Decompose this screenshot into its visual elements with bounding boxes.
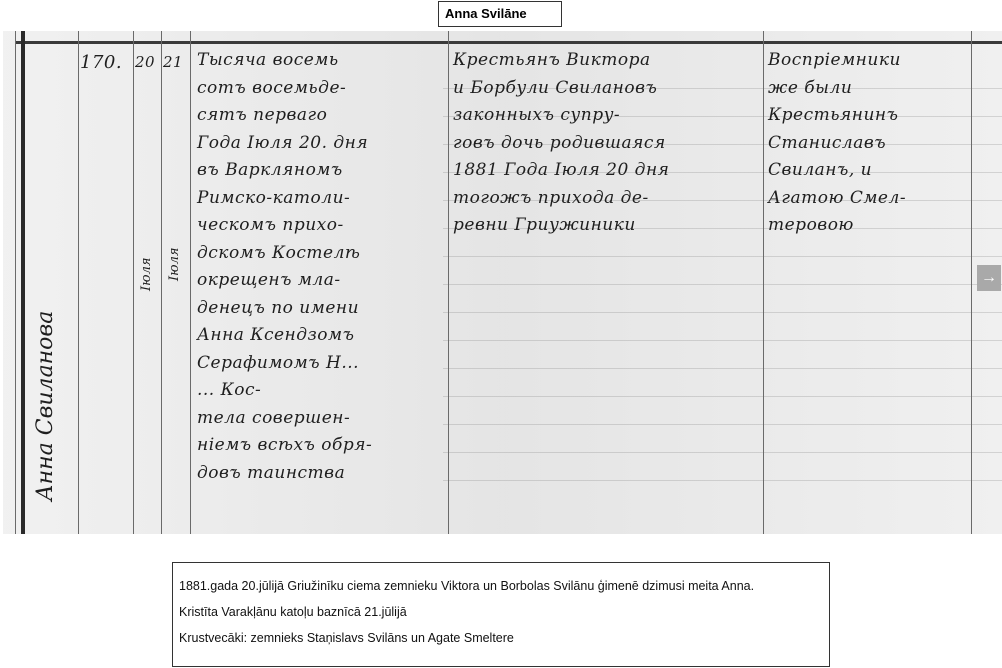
baptism-month: Іюля xyxy=(167,248,182,281)
caption-birth-line: 1881.gada 20.jūlijā Griužinīku ciema zem… xyxy=(179,579,829,593)
record-title: Anna Svilāne xyxy=(438,1,562,27)
record-text-line: Римско-католи- xyxy=(197,185,372,213)
godparents-text-line: Агатою Смел- xyxy=(768,185,906,213)
caption-baptism-line: Kristīta Varakļānu katoļu baznīcā 21.jūl… xyxy=(179,605,829,619)
parents-text: Крестьянъ Виктораи Борбули Свилановъзако… xyxy=(453,47,669,240)
record-text-line: Серафимомъ Н... xyxy=(197,350,372,378)
next-arrow-icon[interactable]: → xyxy=(977,265,1001,291)
godparents-text-line: Воспріемники xyxy=(768,47,906,75)
column-divider xyxy=(448,31,449,534)
entry-number: 170. xyxy=(80,49,122,77)
godparents-text-line: Свиланъ, и xyxy=(768,157,906,185)
record-text-line: тела совершен- xyxy=(197,405,372,433)
record-text-line: ческомъ прихо- xyxy=(197,212,372,240)
parents-text-line: тогожъ прихода де- xyxy=(453,185,669,213)
column-divider xyxy=(763,31,764,534)
record-text-line: Анна Ксендзомъ xyxy=(197,322,372,350)
record-text-line: денецъ по имени xyxy=(197,295,372,323)
godparents-text-line: теровою xyxy=(768,212,906,240)
parents-text-line: 1881 Года Іюля 20 дня xyxy=(453,157,669,185)
record-text-line: сятъ перваго xyxy=(197,102,372,130)
record-text-line: дскомъ Костелѣ xyxy=(197,240,372,268)
transcription-caption: 1881.gada 20.jūlijā Griužinīku ciema zem… xyxy=(172,562,830,667)
column-divider xyxy=(78,31,79,534)
record-text-line: Тысяча восемь xyxy=(197,47,372,75)
baptism-day: 21 xyxy=(163,49,183,77)
record-text-line: Года Іюля 20. дня xyxy=(197,130,372,158)
table-top-rule xyxy=(15,41,1002,44)
parents-text-line: законныхъ супру- xyxy=(453,102,669,130)
column-divider-thick xyxy=(21,31,25,534)
record-text-line: ... Кос- xyxy=(197,377,372,405)
caption-godparents-line: Krustvecāki: zemnieks Staņislavs Svilāns… xyxy=(179,631,829,645)
record-text: Тысяча восемьсотъ восемьде-сятъ первагоГ… xyxy=(197,47,372,487)
column-divider xyxy=(15,31,16,534)
column-divider xyxy=(133,31,134,534)
column-divider xyxy=(161,31,162,534)
column-divider xyxy=(971,31,972,534)
record-text-line: довъ таинства xyxy=(197,460,372,488)
record-text-line: сотъ восемьде- xyxy=(197,75,372,103)
parents-text-line: ревни Гриужиники xyxy=(453,212,669,240)
register-scan-image: Анна Свиланова 170. 20 21 Іюля Іюля Тыся… xyxy=(3,31,1002,534)
birth-day: 20 xyxy=(135,49,155,77)
child-name-vertical: Анна Свиланова xyxy=(33,311,58,501)
column-divider xyxy=(190,31,191,534)
parents-text-line: Крестьянъ Виктора xyxy=(453,47,669,75)
parents-text-line: говъ дочь родившаяся xyxy=(453,130,669,158)
record-text-line: окрещенъ мла- xyxy=(197,267,372,295)
birth-month: Іюля xyxy=(139,258,154,291)
godparents-text-line: же были xyxy=(768,75,906,103)
godparents-text: Воспріемникиже былиКрестьянинъСтаниславъ… xyxy=(768,47,906,240)
parents-text-line: и Борбули Свилановъ xyxy=(453,75,669,103)
record-text-line: ніемъ всѣхъ обря- xyxy=(197,432,372,460)
godparents-text-line: Станиславъ xyxy=(768,130,906,158)
record-text-line: въ Варкляномъ xyxy=(197,157,372,185)
godparents-text-line: Крестьянинъ xyxy=(768,102,906,130)
